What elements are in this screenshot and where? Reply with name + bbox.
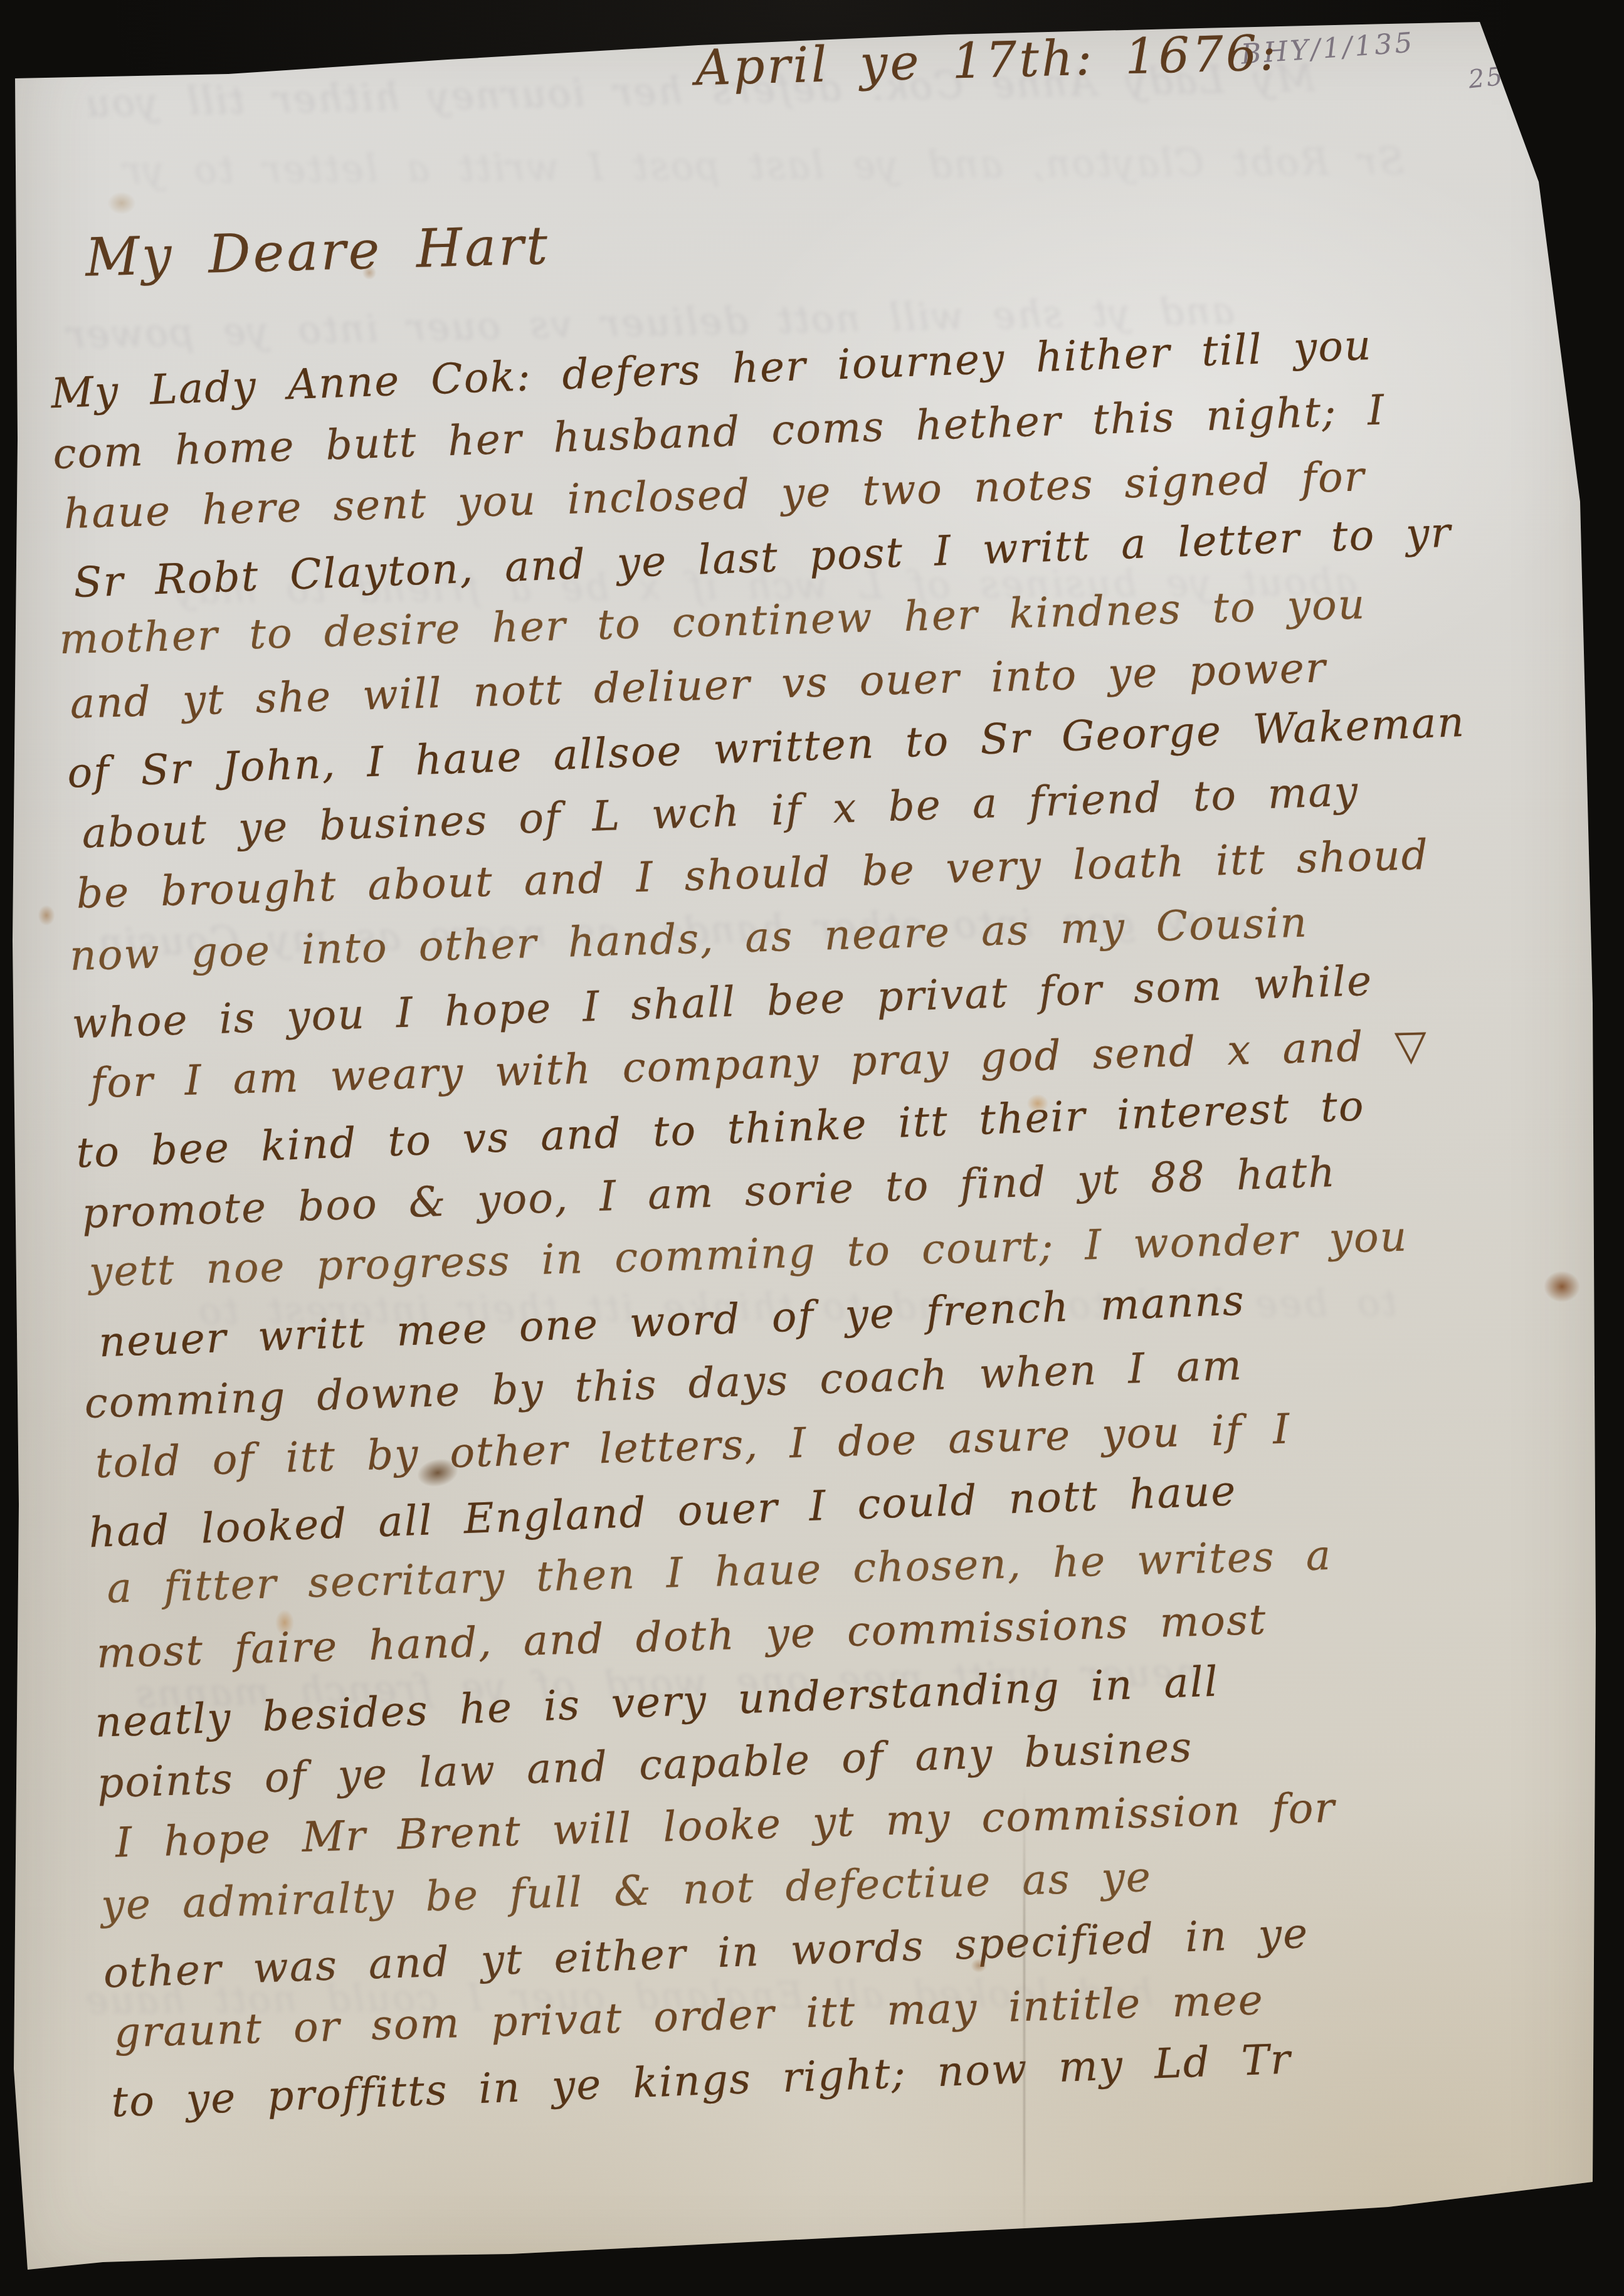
letter-page: My Lady Anne Cok: defers her iourney hit… [9,0,1611,2296]
foxing-spot [103,188,140,218]
paper-stain [35,902,58,929]
paper-crease [1023,1787,1025,2251]
letter-photo: My Lady Anne Cok: defers her iourney hit… [0,0,1624,2296]
letter-body: My Lady Anne Cok: defers her iourney hit… [50,317,1624,2139]
folio-number: 251 [1467,60,1524,95]
bleed-through-line: Sr Robt Clayton, and ye last post I writ… [122,140,1405,192]
letter-date: April ye 17th: 1676: [695,25,1279,97]
salutation: My Deare Hart [85,214,551,288]
